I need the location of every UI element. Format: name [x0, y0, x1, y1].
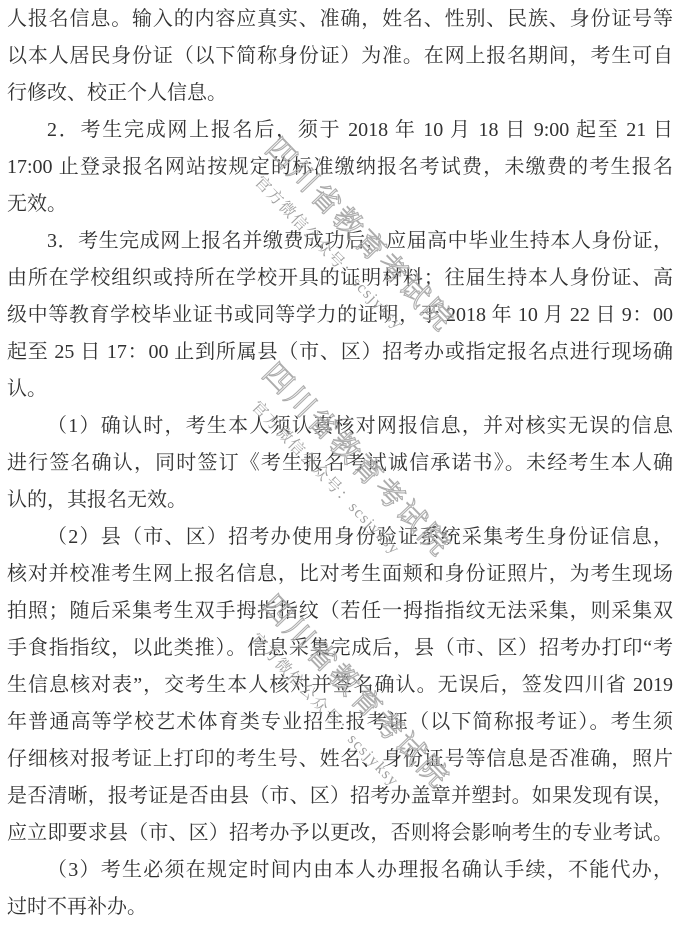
text-line: 过时不再补办。 — [7, 889, 673, 926]
text-line: 手食指指纹，以此类推）。信息采集完成后，县（市、区）招考办打印“考 — [7, 630, 673, 667]
text-line: 无效。 — [7, 186, 673, 223]
text-line: 认。 — [7, 371, 673, 408]
text-line: 行修改、校正个人信息。 — [7, 75, 673, 112]
text-line: （3）考生必须在规定时间内由本人办理报名确认手续，不能代办， — [7, 852, 673, 889]
text-line: 17:00 止登录报名网站按规定的标准缴纳报名考试费，未缴费的考生报名 — [7, 149, 673, 186]
text-line: 年普通高等学校艺术体育类专业招生报考证（以下简称报考证）。考生须 — [7, 704, 673, 741]
text-line: 以本人居民身份证（以下简称身份证）为准。在网上报名期间，考生可自 — [7, 38, 673, 75]
text-line: （1）确认时，考生本人须认真核对网报信息，并对核实无误的信息 — [7, 408, 673, 445]
text-line: 仔细核对报考证上打印的考生号、姓名、身份证号等信息是否准确，照片 — [7, 741, 673, 778]
document-text: 人报名信息。输入的内容应真实、准确，姓名、性别、民族、身份证号等以本人居民身份证… — [7, 1, 673, 926]
text-line: 进行签名确认，同时签订《考生报名考试诚信承诺书》。未经考生本人确 — [7, 445, 673, 482]
text-line: 核对并校准考生网上报名信息，比对考生面颊和身份证照片，为考生现场 — [7, 556, 673, 593]
text-line: 级中等教育学校毕业证书或同等学力的证明，于 2018 年 10 月 22 日 9… — [7, 297, 673, 334]
text-line: 起至 25 日 17：00 止到所属县（市、区）招考办或指定报名点进行现场确 — [7, 334, 673, 371]
text-line: 人报名信息。输入的内容应真实、准确，姓名、性别、民族、身份证号等 — [7, 1, 673, 38]
text-line: 2．考生完成网上报名后，须于 2018 年 10 月 18 日 9:00 起至 … — [7, 112, 673, 149]
text-line: 生信息核对表”，交考生本人核对并签名确认。无误后，签发四川省 2019 — [7, 667, 673, 704]
text-line: 认的，其报名无效。 — [7, 482, 673, 519]
text-line: 3．考生完成网上报名并缴费成功后，应届高中毕业生持本人身份证， — [7, 223, 673, 260]
text-line: 是否清晰，报考证是否由县（市、区）招考办盖章并塑封。如果发现有误， — [7, 778, 673, 815]
text-line: 拍照；随后采集考生双手拇指指纹（若任一拇指指纹无法采集，则采集双 — [7, 593, 673, 630]
text-line: （2）县（市、区）招考办使用身份验证系统采集考生身份证信息， — [7, 519, 673, 556]
text-line: 应立即要求县（市、区）招考办予以更改，否则将会影响考生的专业考试。 — [7, 815, 673, 852]
document-page: 人报名信息。输入的内容应真实、准确，姓名、性别、民族、身份证号等以本人居民身份证… — [0, 0, 680, 927]
text-line: 由所在学校组织或持所在学校开具的证明材料；往届生持本人身份证、高 — [7, 260, 673, 297]
